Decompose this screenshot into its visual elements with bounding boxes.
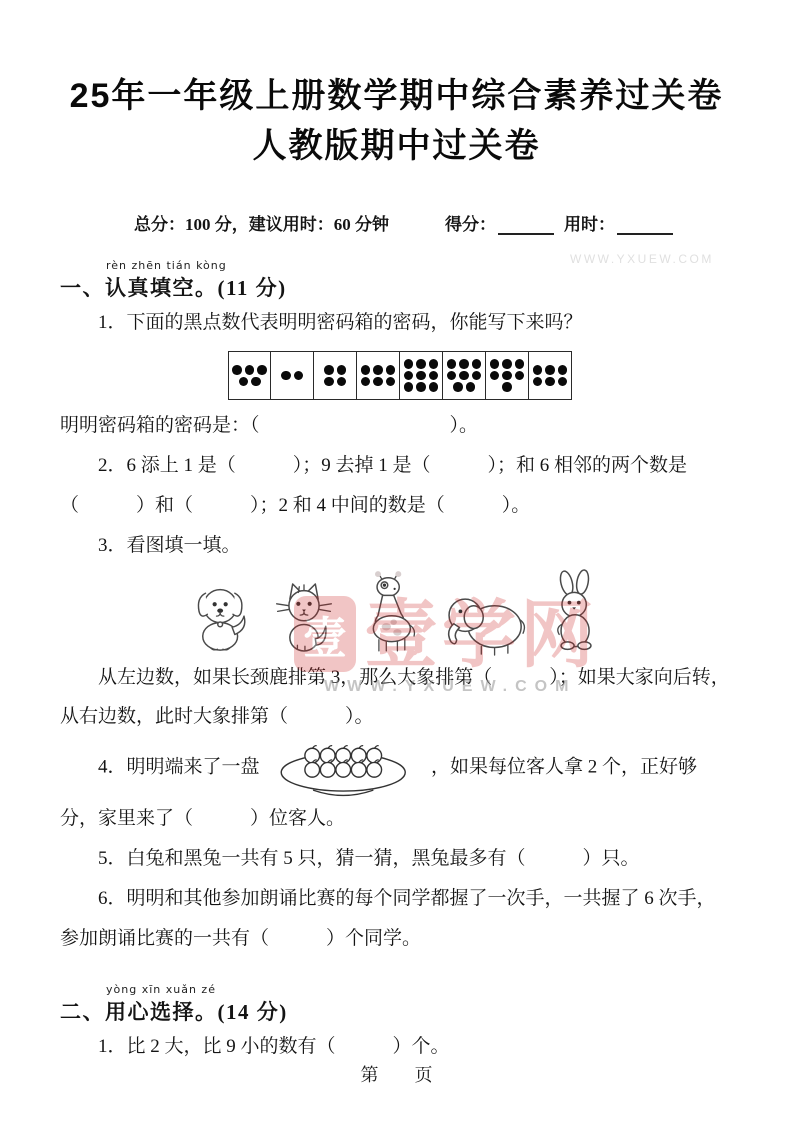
- question-1-6: 6．明明和其他参加朗诵比赛的每个同学都握了一次手，一共握了 6 次手，参加朗诵比…: [60, 879, 733, 959]
- section1-title: 一、认真填空。(11 分): [60, 273, 733, 303]
- page-title: 25年一年级上册数学期中综合素养过关卷 人教版期中过关卷: [60, 72, 733, 172]
- dot-cell: [228, 351, 271, 400]
- section1-pinyin: rèn zhēn tián kòng: [106, 259, 733, 273]
- question-1-4: 4．明明端来了一盘 ，如果每位客人拿 2 个，正好够分，家里来了（ ）位客人。: [60, 737, 733, 839]
- question-1-3: 3．看图填一填。: [60, 526, 733, 566]
- dot-cell: [443, 351, 486, 400]
- title-line2: 人教版期中过关卷: [253, 127, 541, 165]
- dot-cell: [486, 351, 529, 400]
- giraffe-illustration: [353, 568, 427, 656]
- question-1-2: 2．6 添上 1 是（ ）；9 去掉 1 是（ ）；和 6 相邻的两个数是（ ）…: [60, 446, 733, 526]
- question-1-1: 1．下面的黑点数代表明明密码箱的密码，你能写下来吗？: [60, 303, 733, 343]
- dot-cell: [529, 351, 572, 400]
- question-1-5: 5．白兔和黑兔一共有 5 只，猜一猜，黑兔最多有（ ）只。: [60, 839, 733, 879]
- dot-cell: [400, 351, 443, 400]
- dot-boxes: [228, 351, 733, 400]
- rabbit-illustration: [547, 568, 605, 656]
- animals-illustration: [60, 568, 733, 656]
- score-row: 总分：100 分，建议用时：60 分钟 得分： 用时：: [60, 210, 733, 235]
- q4-text-before: 4．明明端来了一盘: [98, 757, 260, 778]
- time-label: 用时：: [564, 210, 615, 235]
- elephant-illustration: [443, 582, 531, 656]
- score-info: 总分：100 分，建议用时：60 分钟: [134, 210, 389, 235]
- plate-of-fruits-illustration: [270, 737, 420, 799]
- cat-illustration: [271, 578, 337, 656]
- section2-pinyin: yòng xīn xuǎn zé: [106, 983, 733, 997]
- dot-cell: [357, 351, 400, 400]
- page-footer: 第 页: [0, 1061, 793, 1087]
- score-blank-line[interactable]: [498, 219, 554, 235]
- score-label: 得分：: [445, 210, 496, 235]
- dot-cell: [271, 351, 314, 400]
- section2-title: 二、用心选择。(14 分): [60, 997, 733, 1027]
- title-line1: 25年一年级上册数学期中综合素养过关卷: [70, 77, 724, 115]
- dog-illustration: [189, 580, 255, 656]
- section1-heading: rèn zhēn tián kòng 一、认真填空。(11 分): [60, 259, 733, 303]
- time-blank-line[interactable]: [617, 219, 673, 235]
- question-1-3-text: 从左边数，如果长颈鹿排第 3，那么大象排第（ ）；如果大家向后转，从右边数，此时…: [60, 658, 733, 738]
- exam-page: WWW.YXUEW.COM 壹 壹学网 WWW.YXUEW.COM 25年一年级…: [0, 0, 793, 1121]
- section2-heading: yòng xīn xuǎn zé 二、用心选择。(14 分): [60, 983, 733, 1027]
- dot-cell: [314, 351, 357, 400]
- password-answer-line: 明明密码箱的密码是：（ ）。: [60, 406, 733, 446]
